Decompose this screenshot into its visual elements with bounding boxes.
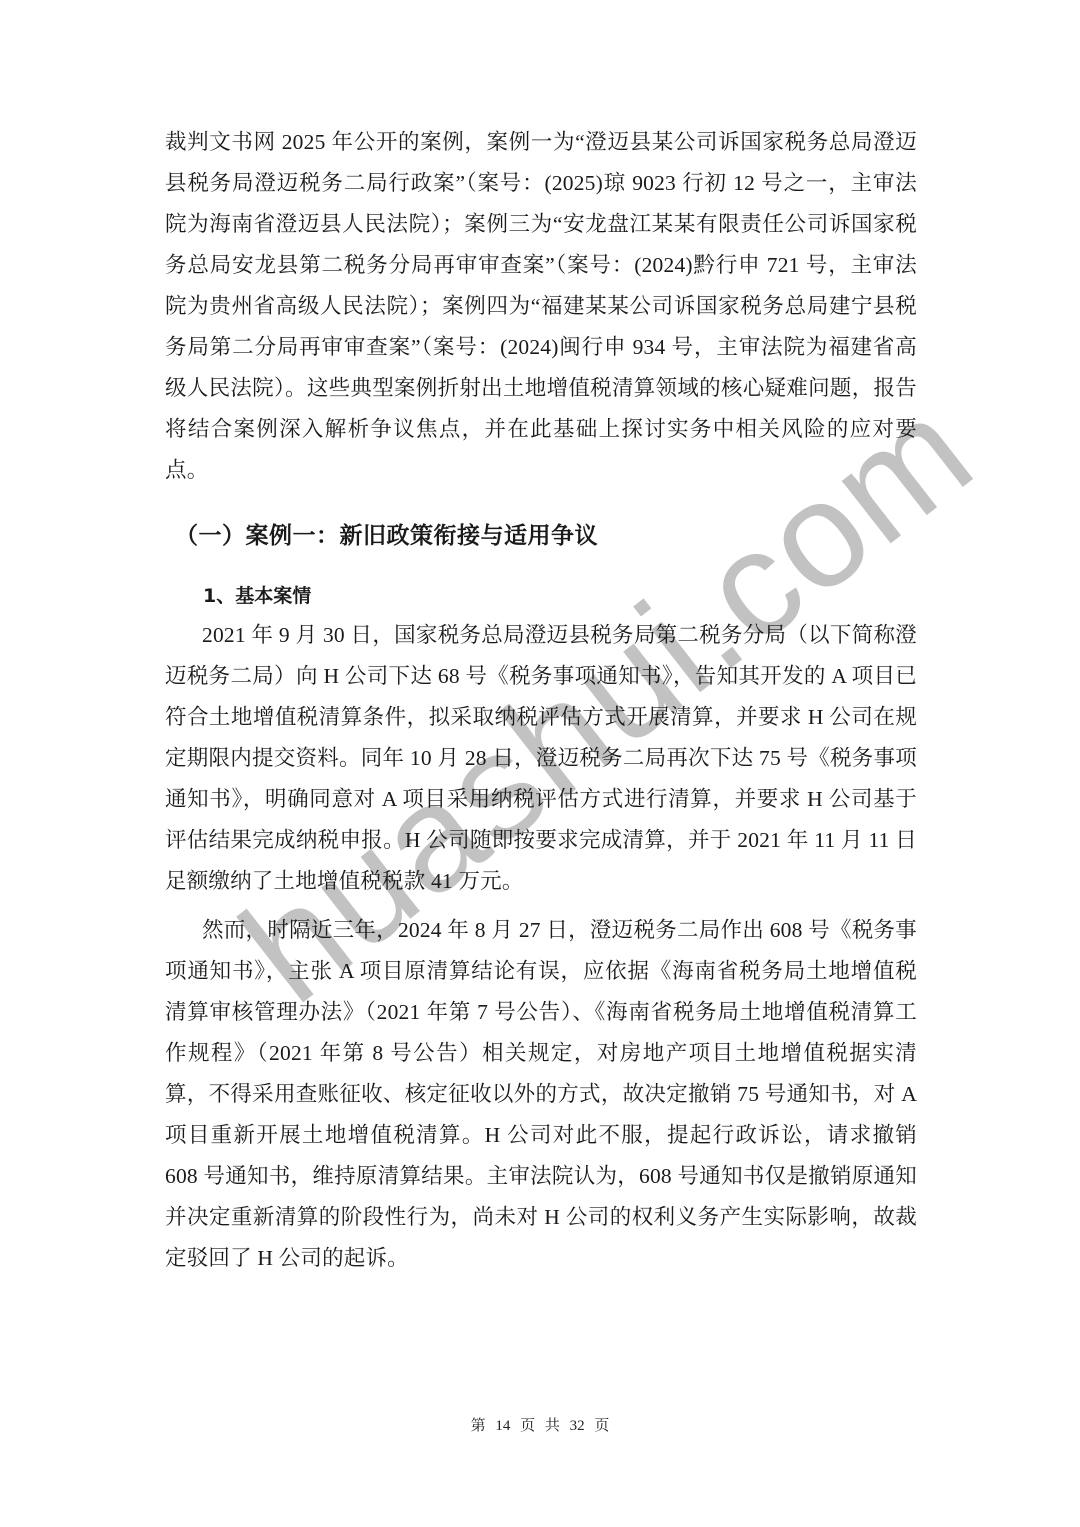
section-heading: （一）案例一：新旧政策衔接与适用争议 (175, 521, 917, 551)
subsection-heading: 1、基本案情 (203, 581, 917, 611)
page-content: 裁判文书网 2025 年公开的案例，案例一为“澄迈县某公司诉国家税务总局澄迈县税… (165, 122, 917, 1279)
page-number-footer: 第 14 页 共 32 页 (0, 1414, 1080, 1435)
intro-paragraph: 裁判文书网 2025 年公开的案例，案例一为“澄迈县某公司诉国家税务总局澄迈县税… (165, 122, 917, 491)
document-page: huashui.com 裁判文书网 2025 年公开的案例，案例一为“澄迈县某公… (0, 0, 1080, 1527)
body-paragraph: 然而，时隔近三年，2024 年 8 月 27 日，澄迈税务二局作出 608 号《… (165, 910, 917, 1279)
body-paragraph: 2021 年 9 月 30 日，国家税务总局澄迈县税务局第二税务分局（以下简称澄… (165, 615, 917, 902)
